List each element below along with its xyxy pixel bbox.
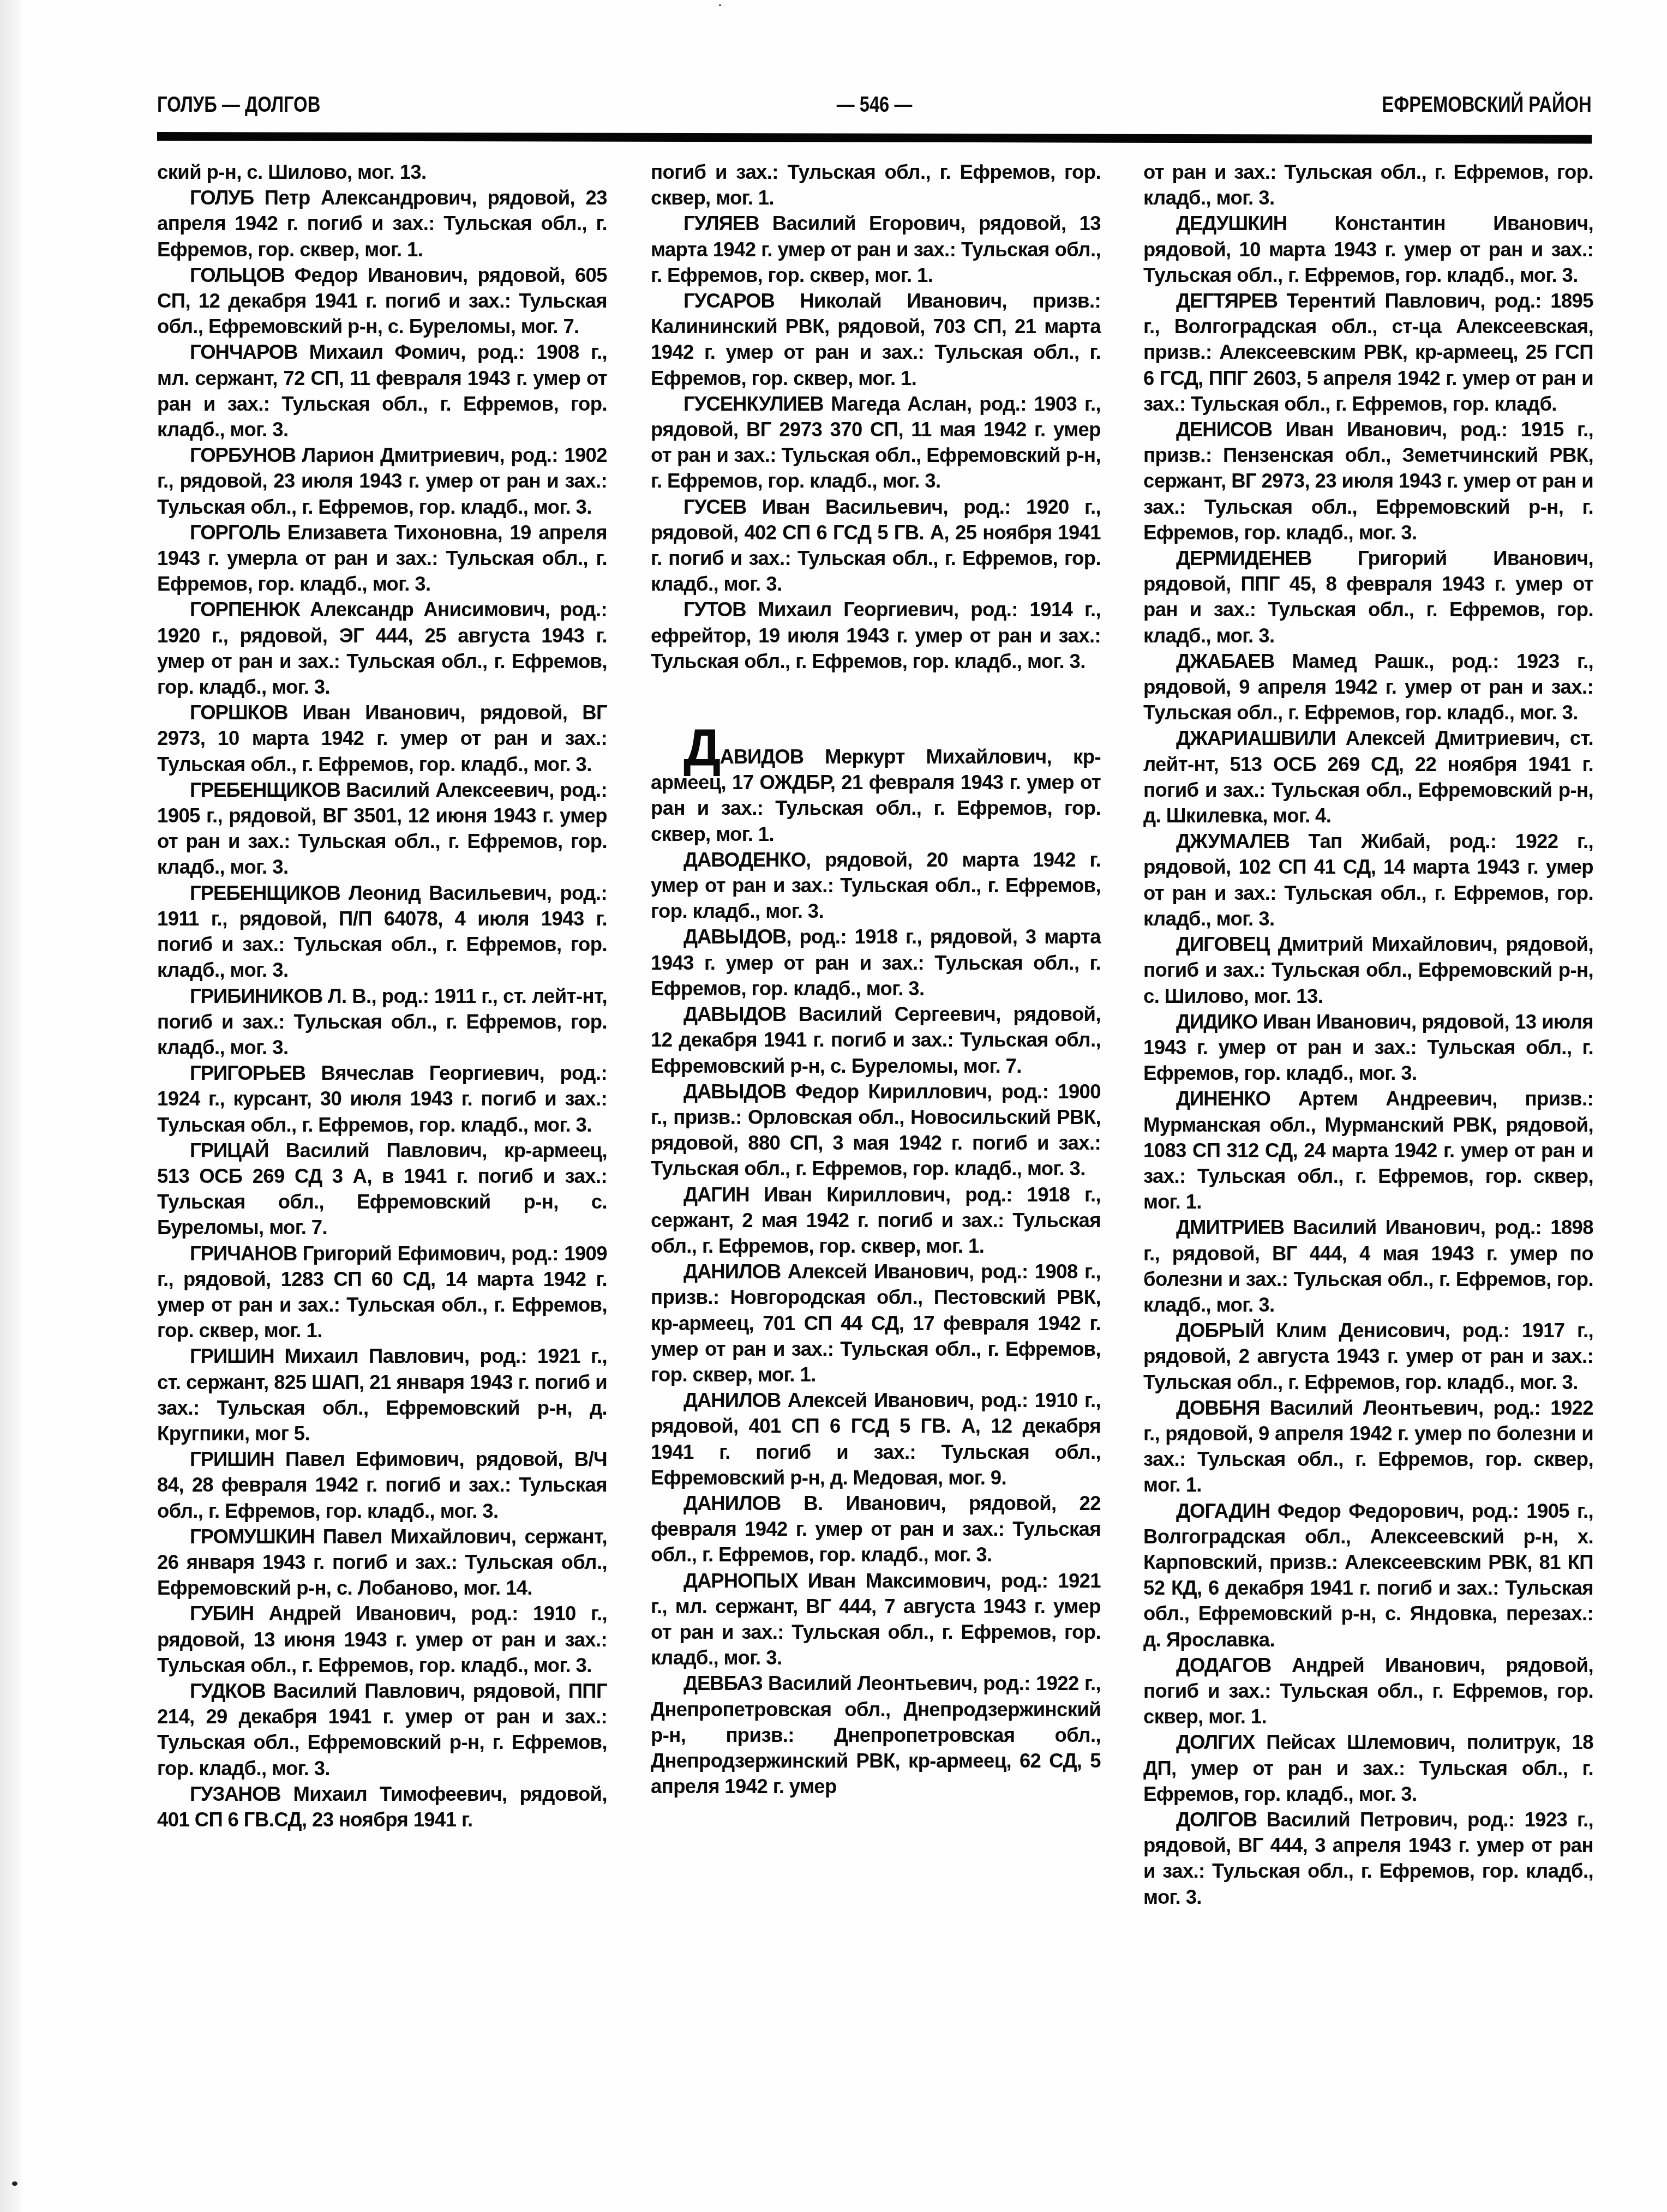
memorial-entry: ГОРШКОВ Иван Иванович, рядовой, ВГ 2973,… [157, 700, 607, 777]
memorial-entry: ДЕДУШКИН Константин Иванович, рядовой, 1… [1143, 211, 1593, 288]
entry-surname: ГОРШКОВ [190, 701, 288, 724]
entry-surname: ДАРНОПЫХ [683, 1570, 798, 1592]
memorial-entry: ДАГИН Иван Кириллович, род.: 1918 г., се… [651, 1182, 1101, 1259]
entry-surname: ДЖАРИАШВИЛИ [1176, 727, 1335, 749]
memorial-entry: ДОГАДИН Федор Федорович, род.: 1905 г., … [1143, 1498, 1593, 1652]
memorial-entry: ДОБРЫЙ Клим Денисович, род.: 1917 г., ря… [1143, 1318, 1593, 1395]
entry-surname: ДАВЫДОВ [683, 925, 786, 948]
entry-surname: ДЕДУШКИН [1176, 212, 1287, 235]
memorial-entry: ГУЗАНОВ Михаил Тимофеевич, рядовой, 401 … [157, 1781, 607, 1832]
entry-surname: ДОГАДИН [1176, 1500, 1270, 1522]
entry-surname: ГРИЦАЙ [190, 1139, 269, 1162]
entry-details: погиб и зах.: Тульская обл., г. Ефремов,… [651, 161, 1101, 209]
memorial-entry: ДОЛГОВ Василий Петрович, род.: 1923 г., … [1143, 1807, 1593, 1910]
entry-surname: ДЕГТЯРЕВ [1176, 290, 1278, 312]
memorial-entry: ГУСЕНКУЛИЕВ Магеда Аслан, род.: 1903 г.,… [651, 391, 1101, 494]
entry-surname: ДЖУМАЛЕВ [1176, 830, 1290, 852]
memorial-entry: ДЖАБАЕВ Мамед Рашк., род.: 1923 г., рядо… [1143, 648, 1593, 726]
column-2: погиб и зах.: Тульская обл., г. Ефремов,… [651, 159, 1101, 1799]
entry-continuation: от ран и зах.: Тульская обл., г. Ефремов… [1143, 159, 1593, 211]
entry-surname: ДЖАБАЕВ [1176, 650, 1274, 672]
memorial-entry: ДАНИЛОВ Алексей Иванович, род.: 1908 г.,… [651, 1259, 1101, 1387]
entry-surname: ДМИТРИЕВ [1176, 1216, 1284, 1239]
memorial-entry: ГРЕБЕНЩИКОВ Василий Алексеевич, род.: 19… [157, 777, 607, 880]
memorial-entry: ГОРПЕНЮК Александр Анисимович, род.: 192… [157, 597, 607, 700]
memorial-entry: ГРЕБЕНЩИКОВ Леонид Васильевич, род.: 191… [157, 880, 607, 983]
entry-surname: ДОБРЫЙ [1176, 1319, 1264, 1342]
memorial-entry: ДАВИДОВ Меркурт Михайлович, кр-армеец, 1… [651, 732, 1101, 847]
entry-surname: ГОРГОЛЬ [190, 521, 280, 544]
memorial-entry: ДЕНИСОВ Иван Иванович, род.: 1915 г., пр… [1143, 417, 1593, 545]
entry-surname: ГОРПЕНЮК [190, 598, 300, 621]
entry-surname: ГУЗАНОВ [190, 1783, 281, 1805]
entry-surname: ДАНИЛОВ [683, 1492, 781, 1514]
entry-surname: ГУТОВ [683, 598, 746, 621]
entry-surname: ГРЕБЕНЩИКОВ [190, 779, 340, 801]
entry-surname: ГУСАРОВ [683, 290, 775, 312]
entry-surname: ГУБИН [190, 1602, 254, 1625]
entry-details: ский р-н, с. Шилово, мог. 13. [157, 161, 427, 183]
memorial-entry: ДЖАРИАШВИЛИ Алексей Дмитриевич, ст. лейт… [1143, 725, 1593, 828]
entry-surname: ДОЛГОВ [1176, 1808, 1257, 1831]
entry-surname: ДИДИКО [1176, 1011, 1257, 1033]
running-header: ГОЛУБ — ДОЛГОВ — 546 — ЕФРЕМОВСКИЙ РАЙОН [157, 93, 1592, 136]
entry-surname: ГОРБУНОВ [190, 444, 296, 466]
memorial-entry: ГУЛЯЕВ Василий Егорович, рядовой, 13 мар… [651, 211, 1101, 288]
entry-surname: ГУДКОВ [190, 1680, 266, 1702]
entry-surname: ГРЕБЕНЩИКОВ [190, 882, 340, 904]
memorial-entry: ДАВЫДОВ, род.: 1918 г., рядовой, 3 марта… [651, 924, 1101, 1001]
entry-surname: ГРОМУШКИН [190, 1525, 315, 1548]
entry-surname: ДАНИЛОВ [683, 1260, 781, 1283]
column-1: ский р-н, с. Шилово, мог. 13.ГОЛУБ Петр … [157, 159, 607, 1832]
entry-surname: ГРИЧАНОВ [190, 1242, 297, 1265]
header-name-range: ГОЛУБ — ДОЛГОВ [157, 93, 320, 117]
memorial-entry: ДИГОВЕЦ Дмитрий Михайлович, рядовой, пог… [1143, 931, 1593, 1009]
entry-surname: ГРИБИНИКОВ [190, 985, 322, 1007]
entry-surname: ДЕРМИДЕНЕВ [1176, 547, 1311, 569]
memorial-entry: ГРИШИН Михаил Павлович, род.: 1921 г., с… [157, 1343, 607, 1446]
entry-surname: ГРИШИН [190, 1448, 274, 1470]
page-number: — 546 — [837, 93, 913, 117]
memorial-entry: ГРИШИН Павел Ефимович, рядовой, В/Ч 84, … [157, 1446, 607, 1524]
memorial-entry: ГУДКОВ Василий Павлович, рядовой, ППГ 21… [157, 1678, 607, 1781]
memorial-entry: ДОДАГОВ Андрей Иванович, рядовой, погиб … [1143, 1652, 1593, 1730]
entry-details: Федор Федорович, род.: 1905 г., Волгогра… [1143, 1500, 1593, 1651]
memorial-entry: ГРИГОРЬЕВ Вячеслав Георгиевич, род.: 192… [157, 1060, 607, 1138]
scan-speck [719, 4, 721, 6]
entry-surname: ГРИГОРЬЕВ [190, 1062, 305, 1084]
entry-continuation: погиб и зах.: Тульская обл., г. Ефремов,… [651, 159, 1101, 211]
entry-surname: АВИДОВ [719, 746, 803, 768]
memorial-entry: ДИДИКО Иван Иванович, рядовой, 13 июля 1… [1143, 1009, 1593, 1086]
entry-surname: ДАНИЛОВ [683, 1389, 781, 1411]
memorial-entry: ДЕВБАЗ Василий Леонтьевич, род.: 1922 г.… [651, 1670, 1101, 1799]
entry-surname: ДИНЕНКО [1176, 1087, 1270, 1110]
memorial-entry: ДАНИЛОВ Алексей Иванович, род.: 1910 г.,… [651, 1387, 1101, 1490]
entry-surname: ДОЛГИХ [1176, 1731, 1255, 1753]
memorial-entry: ДАРНОПЫХ Иван Максимович, род.: 1921 г.,… [651, 1568, 1101, 1671]
memorial-entry: ГРОМУШКИН Павел Михайлович, сержант, 26 … [157, 1524, 607, 1601]
memorial-entry: ГУСАРОВ Николай Иванович, призв.: Калини… [651, 288, 1101, 391]
memorial-entry: ГОЛУБ Петр Александрович, рядовой, 23 ап… [157, 185, 607, 262]
memorial-entry: ДАНИЛОВ В. Иванович, рядовой, 22 февраля… [651, 1490, 1101, 1568]
entry-surname: ГУЛЯЕВ [683, 212, 759, 235]
scan-speck [12, 2181, 17, 2186]
text-columns: ский р-н, с. Шилово, мог. 13.ГОЛУБ Петр … [157, 159, 1592, 2068]
entry-surname: ГУСЕВ [683, 496, 746, 518]
memorial-entry: ГРИЦАЙ Василий Павлович, кр-армеец, 513 … [157, 1138, 607, 1241]
header-district: ЕФРЕМОВСКИЙ РАЙОН [1382, 93, 1592, 117]
entry-surname: ДАГИН [683, 1183, 749, 1206]
memorial-entry: ГРИБИНИКОВ Л. В., род.: 1911 г., ст. лей… [157, 983, 607, 1061]
memorial-entry: ДЖУМАЛЕВ Тап Жибай, род.: 1922 г., рядов… [1143, 828, 1593, 931]
memorial-entry: ГОРБУНОВ Ларион Дмитриевич, род.: 1902 г… [157, 442, 607, 520]
memorial-entry: ДАВОДЕНКО, рядовой, 20 марта 1942 г. уме… [651, 847, 1101, 924]
column-3: от ран и зах.: Тульская обл., г. Ефремов… [1143, 159, 1593, 1910]
scan-shadow-edge [0, 0, 22, 2212]
memorial-entry: ДЕРМИДЕНЕВ Григорий Иванович, рядовой, П… [1143, 545, 1593, 648]
memorial-entry: ДМИТРИЕВ Василий Иванович, род.: 1898 г.… [1143, 1215, 1593, 1318]
entry-surname: ДОДАГОВ [1176, 1654, 1271, 1676]
entry-surname: ГУСЕНКУЛИЕВ [683, 393, 824, 415]
entry-surname: ДОВБНЯ [1176, 1397, 1260, 1419]
memorial-entry: ДОЛГИХ Пейсах Шлемович, политрук, 18 ДП,… [1143, 1729, 1593, 1807]
memorial-entry: ДОВБНЯ Василий Леонтьевич, род.: 1922 г.… [1143, 1395, 1593, 1498]
entry-surname: ГОНЧАРОВ [190, 341, 298, 363]
entry-surname: ДЕВБАЗ [683, 1672, 763, 1694]
memorial-entry: ДЕГТЯРЕВ Терентий Павлович, род.: 1895 г… [1143, 288, 1593, 417]
entry-details: от ран и зах.: Тульская обл., г. Ефремов… [1143, 161, 1593, 209]
entry-surname: ДЕНИСОВ [1176, 418, 1272, 441]
memorial-entry: ДИНЕНКО Артем Андреевич, призв.: Мурманс… [1143, 1086, 1593, 1215]
entry-surname: ДАВЫДОВ [683, 1080, 786, 1103]
entry-surname: ДИГОВЕЦ [1176, 933, 1269, 955]
memorial-entry: ДАВЫДОВ Василий Сергеевич, рядовой, 12 д… [651, 1001, 1101, 1079]
memorial-entry: ГУСЕВ Иван Васильевич, род.: 1920 г., ря… [651, 494, 1101, 597]
entry-surname: ДАВОДЕНКО [683, 849, 806, 871]
memorial-entry: ГОЛЬЦОВ Федор Иванович, рядовой, 605 СП,… [157, 262, 607, 340]
entry-continuation: ский р-н, с. Шилово, мог. 13. [157, 159, 607, 185]
memorial-entry: ГУТОВ Михаил Георгиевич, род.: 1914 г., … [651, 597, 1101, 674]
memorial-entry: ДАВЫДОВ Федор Кириллович, род.: 1900 г.,… [651, 1079, 1101, 1182]
memorial-entry: ГРИЧАНОВ Григорий Ефимович, род.: 1909 г… [157, 1241, 607, 1344]
memorial-entry: ГОРГОЛЬ Елизавета Тихоновна, 19 апреля 1… [157, 520, 607, 597]
memorial-entry: ГОНЧАРОВ Михаил Фомич, род.: 1908 г., мл… [157, 339, 607, 442]
memorial-entry: ГУБИН Андрей Иванович, род.: 1910 г., ря… [157, 1601, 607, 1678]
entry-surname: ДАВЫДОВ [683, 1003, 786, 1025]
entry-surname: ГОЛУБ [190, 187, 254, 209]
book-page: ГОЛУБ — ДОЛГОВ — 546 — ЕФРЕМОВСКИЙ РАЙОН… [0, 0, 1667, 2212]
letter-dropcap: Д [683, 719, 719, 777]
entry-surname: ГРИШИН [190, 1345, 274, 1367]
entry-surname: ГОЛЬЦОВ [190, 264, 285, 286]
